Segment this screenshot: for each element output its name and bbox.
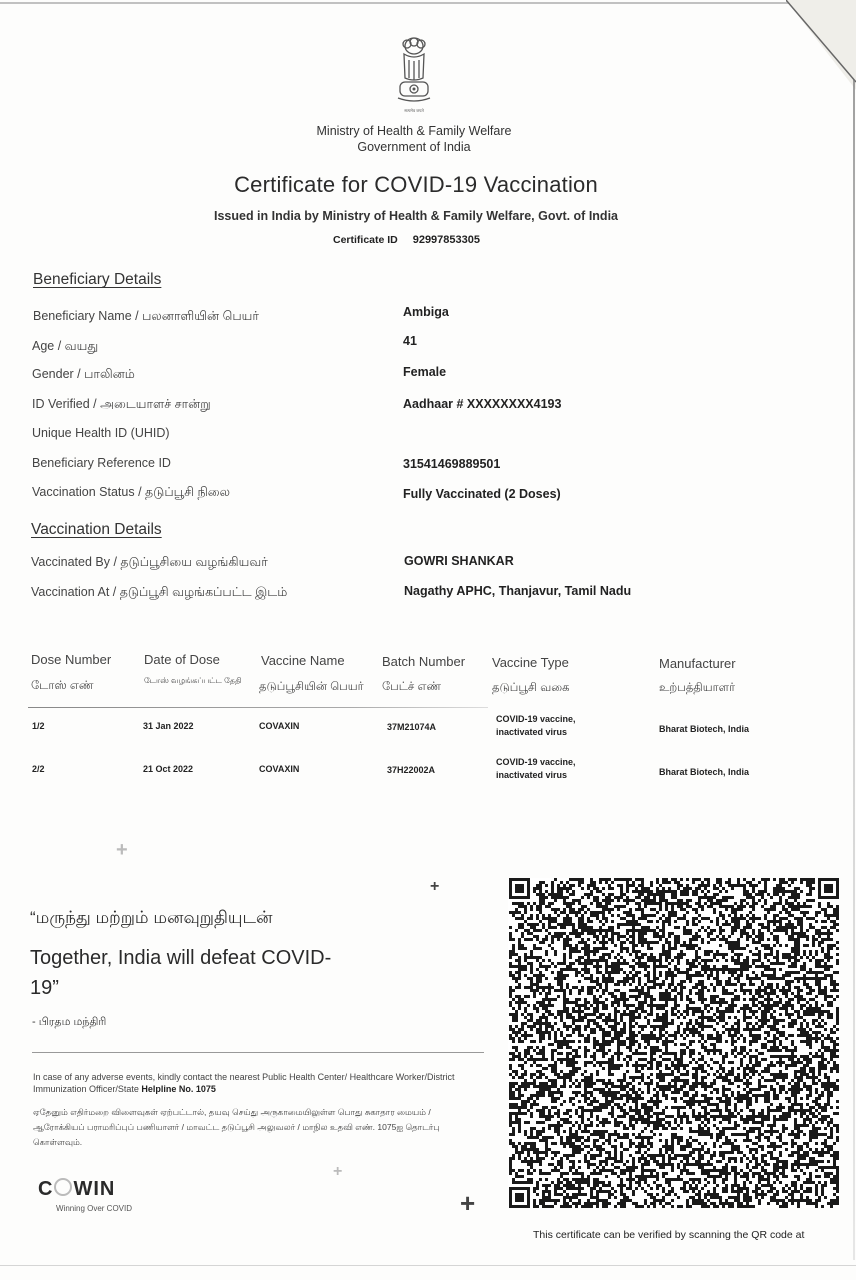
adverse-events-notice-tamil: ஏதேனும் எதிர்மறை விளைவுகள் ஏற்பட்டால், த… xyxy=(33,1105,483,1150)
col-manufacturer-ta: உற்பத்தியாளர் xyxy=(659,682,735,696)
paper-edge-right xyxy=(853,80,855,1260)
ministry-name: Ministry of Health & Family Welfare xyxy=(0,124,828,138)
quote-english: Together, India will defeat COVID-19” xyxy=(30,943,350,1003)
adverse-events-text: In case of any adverse events, kindly co… xyxy=(33,1072,455,1094)
vaccine-name: COVAXIN xyxy=(259,764,299,774)
vaccinated-by-label: Vaccinated By / தடுப்பூசியை வழங்கியவர் xyxy=(31,555,268,571)
col-batch-number-ta: பேட்ச் எண் xyxy=(382,681,441,695)
cowin-logo-win: WIN xyxy=(73,1178,115,1200)
certificate-subtitle: Issued in India by Ministry of Health & … xyxy=(0,209,832,223)
emblem-caption: सत्यमेव जयते xyxy=(398,108,430,114)
crosshair-mark-icon: + xyxy=(333,1162,342,1182)
crosshair-mark-icon: + xyxy=(430,877,439,897)
beneficiary-name-label: Beneficiary Name / பலனாளியின் பெயர் xyxy=(33,309,259,325)
vaccination-status-label: Vaccination Status / தடுப்பூசி நிலை xyxy=(32,485,230,501)
quote-divider xyxy=(32,1052,484,1053)
batch-number: 37M21074A xyxy=(387,722,436,732)
folded-corner xyxy=(786,0,856,90)
quote-attribution: - பிரதம மந்திரி xyxy=(32,1016,106,1030)
vaccine-name: COVAXIN xyxy=(259,721,299,731)
col-manufacturer: Manufacturer xyxy=(659,656,736,671)
gender-value: Female xyxy=(403,365,446,379)
paper-edge-bottom xyxy=(0,1265,856,1266)
cowin-logo-c: C xyxy=(38,1178,53,1200)
adverse-events-notice: In case of any adverse events, kindly co… xyxy=(33,1071,483,1095)
cowin-tagline: Winning Over COVID xyxy=(56,1204,132,1213)
vaccination-at-label: Vaccination At / தடுப்பூசி வழங்கப்பட்ட இ… xyxy=(31,585,287,601)
col-dose-number-ta: டோஸ் எண் xyxy=(31,680,93,694)
dose-number: 1/2 xyxy=(32,721,45,731)
certificate-id: Certificate ID 92997853305 xyxy=(333,234,480,246)
cowin-logo: CWIN xyxy=(38,1178,115,1201)
dose-date: 31 Jan 2022 xyxy=(143,721,194,731)
qr-code-icon xyxy=(508,878,840,1208)
col-dose-number: Dose Number xyxy=(31,652,111,667)
vaccination-status-value: Fully Vaccinated (2 Doses) xyxy=(403,487,561,501)
crosshair-mark-icon: + xyxy=(116,840,128,860)
col-vaccine-name: Vaccine Name xyxy=(261,653,345,668)
quote-tamil: “மருந்து மற்றும் மனவுறுதியுடன் xyxy=(30,908,273,930)
manufacturer: Bharat Biotech, India xyxy=(659,724,749,734)
beneficiary-reference-id-value: 31541469889501 xyxy=(403,457,500,471)
beneficiary-name-value: Ambiga xyxy=(403,305,449,319)
vaccine-type: COVID-19 vaccine, inactivated virus xyxy=(496,713,606,739)
age-label: Age / வயது xyxy=(32,339,98,355)
id-verified-value: Aadhaar # XXXXXXXX4193 xyxy=(403,397,561,411)
col-date-of-dose-ta: டோஸ் வழங்கப்பட்ட தேதி xyxy=(144,676,264,685)
col-vaccine-name-ta: தடுப்பூசியின் பெயர் xyxy=(259,681,364,695)
certificate-id-label: Certificate ID xyxy=(333,234,398,246)
verification-text: This certificate can be verified by scan… xyxy=(533,1229,804,1241)
col-vaccine-type: Vaccine Type xyxy=(492,655,569,670)
col-batch-number: Batch Number xyxy=(382,654,465,669)
vaccinated-by-value: GOWRI SHANKAR xyxy=(404,554,514,568)
vaccination-details-heading: Vaccination Details xyxy=(31,521,162,539)
age-value: 41 xyxy=(403,334,417,348)
vaccination-at-value: Nagathy APHC, Thanjavur, Tamil Nadu xyxy=(404,584,631,598)
paper-edge-top xyxy=(0,2,800,4)
vaccine-type: COVID-19 vaccine, inactivated virus xyxy=(496,756,606,782)
crosshair-mark-icon: + xyxy=(460,1193,475,1213)
gender-label: Gender / பாலினம் xyxy=(32,367,135,383)
col-date-of-dose: Date of Dose xyxy=(144,652,220,667)
dose-number: 2/2 xyxy=(32,764,45,774)
national-emblem-icon xyxy=(390,34,438,110)
government-name: Government of India xyxy=(0,140,828,154)
beneficiary-reference-id-label: Beneficiary Reference ID xyxy=(32,456,171,470)
table-divider xyxy=(28,707,488,708)
dose-date: 21 Oct 2022 xyxy=(143,764,193,774)
beneficiary-details-heading: Beneficiary Details xyxy=(33,271,161,289)
col-vaccine-type-ta: தடுப்பூசி வகை xyxy=(492,682,570,696)
batch-number: 37H22002A xyxy=(387,765,435,775)
helpline-number: Helpline No. 1075 xyxy=(141,1084,216,1094)
cowin-globe-icon xyxy=(54,1178,72,1196)
certificate-title: Certificate for COVID-19 Vaccination xyxy=(0,172,832,198)
uhid-label: Unique Health ID (UHID) xyxy=(32,426,170,440)
manufacturer: Bharat Biotech, India xyxy=(659,767,749,777)
id-verified-label: ID Verified / அடையாளச் சான்று xyxy=(32,397,211,413)
certificate-id-value: 92997853305 xyxy=(413,234,480,246)
